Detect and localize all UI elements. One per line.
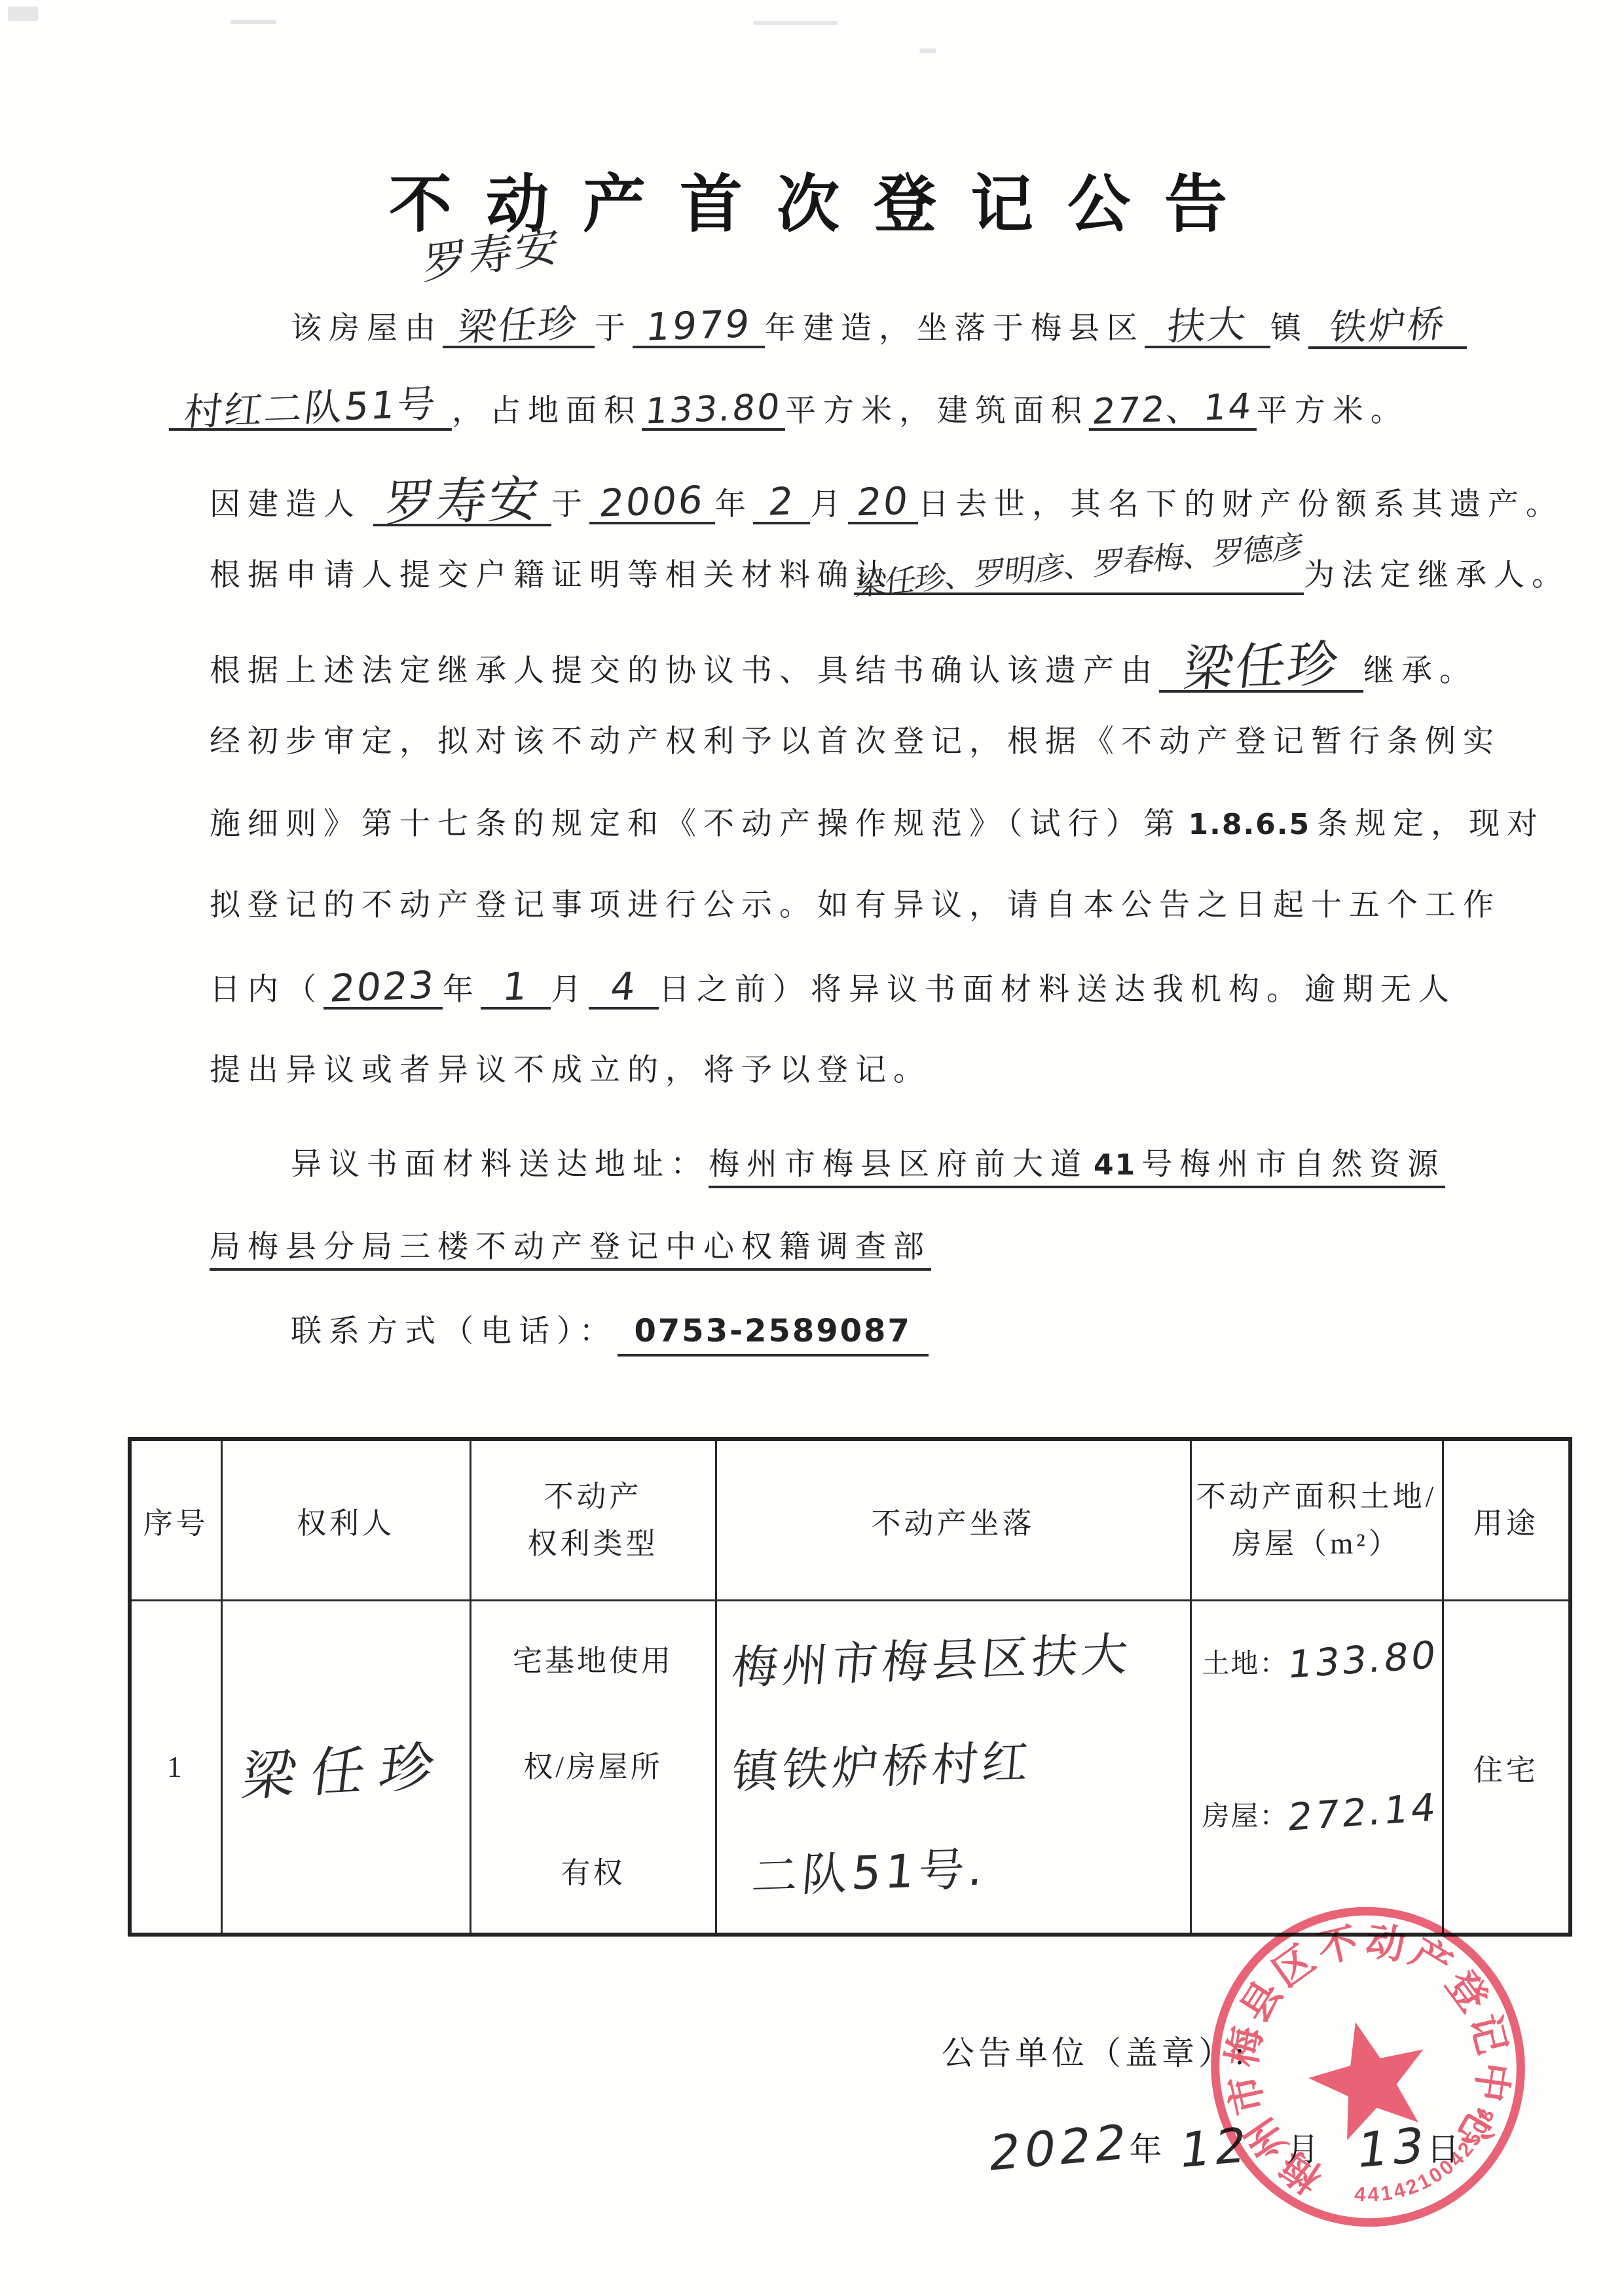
body-line-10: 提出异议或者异议不成立的，将予以登记。: [210, 1050, 1559, 1091]
header-location: 不动产坐落: [716, 1439, 1190, 1601]
header-usage: 用途: [1443, 1439, 1570, 1601]
inheritor-handwriting: 梁任珍: [1181, 639, 1342, 694]
village-handwriting: 铁炉桥: [1327, 306, 1448, 347]
cell-index: 1: [130, 1601, 221, 1935]
right-type-text: 宅基地使用权/房屋所有权: [508, 1608, 678, 1926]
town-blank: 扶大: [1145, 306, 1270, 348]
cell-right-type: 宅基地使用权/房屋所有权: [470, 1601, 716, 1935]
printed-text: 日去世，其名下的财产份额系其遗产。: [918, 484, 1564, 525]
scan-artifact: [231, 20, 276, 24]
body-line-4: 根据申请人提交户籍证明等相关材料确认梁任珍、罗明彦、罗春梅、罗德彦为法定继承人。: [210, 555, 1559, 596]
printed-text: 平方米，建筑面积: [785, 391, 1089, 431]
floor-area-handwriting: 272、14: [1091, 389, 1255, 429]
body-line-5: 根据上述法定继承人提交的协议书、具结书确认该遗产由梁任珍继承。: [210, 639, 1559, 693]
body-line-7: 施细则》第十七条的规定和《不动产操作规范》（试行）第1.8.6.5条规定，现对: [210, 804, 1559, 845]
printed-text: 根据上述法定继承人提交的协议书、具结书确认该遗产由: [210, 651, 1159, 691]
printed-text: 年: [715, 484, 753, 525]
village-blank: 铁炉桥: [1308, 308, 1467, 349]
printed-text: 号梅州市自然资源: [1141, 1144, 1445, 1185]
body-line-12: 局梅县分局三楼不动产登记中心权籍调查部: [210, 1227, 1559, 1267]
page-title: 不动产首次登记公告: [0, 155, 1624, 244]
body-line-2: 村红二队51号，占地面积133.80平方米，建筑面积272、14平方米。: [210, 389, 1559, 431]
phone-underlined: 0753-2589087: [618, 1315, 929, 1357]
printed-text: 因建造人: [210, 484, 361, 525]
area-land-value-handwriting: 133.80: [1285, 1632, 1440, 1687]
year-label: 年: [1129, 2123, 1163, 2170]
heir-name-blank: 梁任珍: [443, 306, 595, 348]
date-year-handwriting: 2022: [986, 2114, 1134, 2182]
area-land: 土地：133.80: [1202, 1637, 1442, 1682]
town-handwriting: 扶大: [1166, 305, 1250, 346]
death-year-handwriting: 2006: [598, 481, 707, 522]
street-number: 41: [1094, 1145, 1136, 1186]
printed-text: 月: [810, 484, 848, 525]
cell-holder: 梁任珍: [221, 1601, 470, 1935]
printed-text: 年: [443, 970, 481, 1010]
deceased-name-handwriting: 罗寿安: [382, 474, 543, 529]
area-house-label: 房屋：: [1202, 1802, 1289, 1832]
printed-text: 条规定，现对: [1317, 804, 1545, 845]
floor-area-blank: 272、14: [1089, 392, 1257, 431]
delivery-address-underlined: 梅州市梅县区府前大道41号梅州市自然资源: [709, 1148, 1445, 1188]
scan-artifact: [753, 21, 838, 25]
printed-text: 施细则》第十七条的规定和《不动产操作规范》（试行）第: [210, 804, 1182, 845]
inheritor-blank: 梁任珍: [1159, 639, 1363, 693]
location-handwriting-line3: 二队51号.: [728, 1815, 991, 1930]
location-handwriting-line1: 梅州市梅县区扶大: [727, 1601, 1135, 1721]
header-holder: 权利人: [221, 1439, 470, 1601]
build-year-handwriting: 1979: [644, 304, 753, 346]
printed-text: 平方米。: [1257, 391, 1409, 431]
table-data-row: 1 梁任珍 宅基地使用权/房屋所有权 梅州市梅县区扶大 镇铁炉桥村红 二队51号…: [130, 1601, 1570, 1935]
printed-text: 为法定继承人。: [1304, 555, 1570, 596]
death-day-blank: 20: [848, 483, 918, 524]
registration-table: 序号 权利人 不动产 权利类型 不动产坐落 不动产面积土地/ 房屋（m²） 用途…: [128, 1437, 1572, 1937]
printed-text: 继承。: [1363, 651, 1477, 691]
printed-text: 年建造，坐落于梅县区: [765, 308, 1145, 349]
announcing-unit-label: 公告单位（盖章）:: [942, 2027, 1248, 2074]
holder-handwriting: 梁任珍: [238, 1723, 454, 1810]
address-continuation-handwriting: 村红二队51号: [182, 384, 439, 431]
build-year-blank: 1979: [633, 306, 765, 348]
header-area-line2: 房屋（m²）: [1192, 1520, 1442, 1567]
printed-text: 镇: [1270, 308, 1308, 349]
deadline-day-handwriting: 4: [608, 967, 638, 1006]
land-area-blank: 133.80: [642, 392, 785, 431]
delivery-address-underlined-2: 局梅县分局三楼不动产登记中心权籍调查部: [210, 1230, 931, 1271]
cell-location: 梅州市梅县区扶大 镇铁炉桥村红 二队51号.: [716, 1601, 1190, 1935]
scanned-announcement-page: 不动产首次登记公告 罗寿安 该房屋由梁任珍于1979年建造，坐落于梅县区扶大镇铁…: [0, 0, 1624, 2296]
announcement-date: 2022年12月13日: [990, 2120, 1461, 2176]
death-month-handwriting: 2: [766, 482, 796, 520]
heir-name-handwriting: 梁任珍: [456, 304, 581, 346]
area-land-label: 土地：: [1202, 1649, 1289, 1679]
deadline-year-handwriting: 2023: [329, 966, 437, 1008]
printed-text: 梅州市梅县区府前大道: [709, 1144, 1088, 1185]
header-area: 不动产面积土地/ 房屋（m²）: [1190, 1439, 1443, 1601]
body-line-9: 日内（2023年1月4日之前）将异议书面材料送达我机构。逾期无人: [210, 968, 1559, 1010]
body-line-11: 异议书面材料送达地址：梅州市梅县区府前大道41号梅州市自然资源: [210, 1144, 1559, 1186]
date-month-handwriting: 12: [1176, 2117, 1253, 2179]
table-header-row: 序号 权利人 不动产 权利类型 不动产坐落 不动产面积土地/ 房屋（m²） 用途: [130, 1439, 1570, 1601]
header-index: 序号: [130, 1439, 221, 1601]
death-year-blank: 2006: [589, 483, 715, 524]
deadline-year-blank: 2023: [323, 968, 443, 1010]
deceased-name-blank: 罗寿安: [373, 473, 551, 526]
printed-text: 异议书面材料送达地址：: [210, 1144, 709, 1185]
header-right-type-line1: 不动产: [471, 1473, 715, 1520]
date-day-handwriting: 13: [1353, 2117, 1430, 2179]
deadline-month-handwriting: 1: [500, 967, 530, 1006]
area-house: 房屋：272.14: [1202, 1790, 1442, 1834]
printed-text: 于: [595, 308, 633, 349]
death-month-blank: 2: [753, 483, 810, 524]
body-line-8: 拟登记的不动产登记事项进行公示。如有异议，请自本公告之日起十五个工作: [210, 885, 1559, 926]
header-right-type: 不动产 权利类型: [470, 1439, 716, 1601]
regulation-number: 1.8.6.5: [1189, 805, 1311, 845]
month-label: 月: [1287, 2123, 1321, 2170]
printed-text: 于: [551, 484, 589, 525]
cell-usage: 住宅: [1443, 1601, 1570, 1935]
legal-heirs-handwriting: 梁任珍、罗明彦、罗春梅、罗德彦: [854, 532, 1304, 601]
header-area-line1: 不动产面积土地/: [1192, 1473, 1442, 1520]
day-label: 日: [1427, 2123, 1461, 2170]
body-line-1: 该房屋由梁任珍于1979年建造，坐落于梅县区扶大镇铁炉桥: [291, 306, 1624, 349]
phone-number: 0753-2589087: [635, 1313, 912, 1349]
printed-text: 根据申请人提交户籍证明等相关材料确认: [210, 555, 893, 596]
cell-area: 土地：133.80 房屋：272.14: [1190, 1601, 1443, 1935]
printed-text: 日内（: [210, 970, 323, 1010]
legal-heirs-blank: 梁任珍、罗明彦、罗春梅、罗德彦: [854, 560, 1304, 595]
location-handwriting-line2: 镇铁炉桥村红: [728, 1709, 1037, 1825]
scan-artifact: [919, 48, 936, 53]
deadline-month-blank: 1: [481, 968, 551, 1010]
printed-text: 该房屋由: [291, 308, 443, 349]
address-continuation-blank: 村红二队51号: [169, 389, 452, 431]
body-line-6: 经初步审定，拟对该不动产权利予以首次登记，根据《不动产登记暂行条例实: [210, 721, 1559, 762]
header-right-type-line2: 权利类型: [471, 1520, 715, 1567]
area-house-value-handwriting: 272.14: [1285, 1785, 1440, 1840]
body-line-13: 联系方式（电话）：0753-2589087: [291, 1311, 1624, 1352]
printed-text: 月: [551, 970, 589, 1010]
death-day-handwriting: 20: [855, 482, 911, 522]
body-line-3: 因建造人罗寿安于2006年2月20日去世，其名下的财产份额系其遗产。: [210, 473, 1559, 526]
scan-artifact: [8, 7, 38, 21]
deadline-day-blank: 4: [589, 968, 659, 1010]
printed-text: 联系方式（电话）：: [291, 1311, 618, 1352]
printed-text: ，占地面积: [452, 391, 642, 431]
land-area-handwriting: 133.80: [644, 389, 784, 429]
printed-text: 日之前）将异议书面材料送达我机构。逾期无人: [659, 970, 1456, 1010]
